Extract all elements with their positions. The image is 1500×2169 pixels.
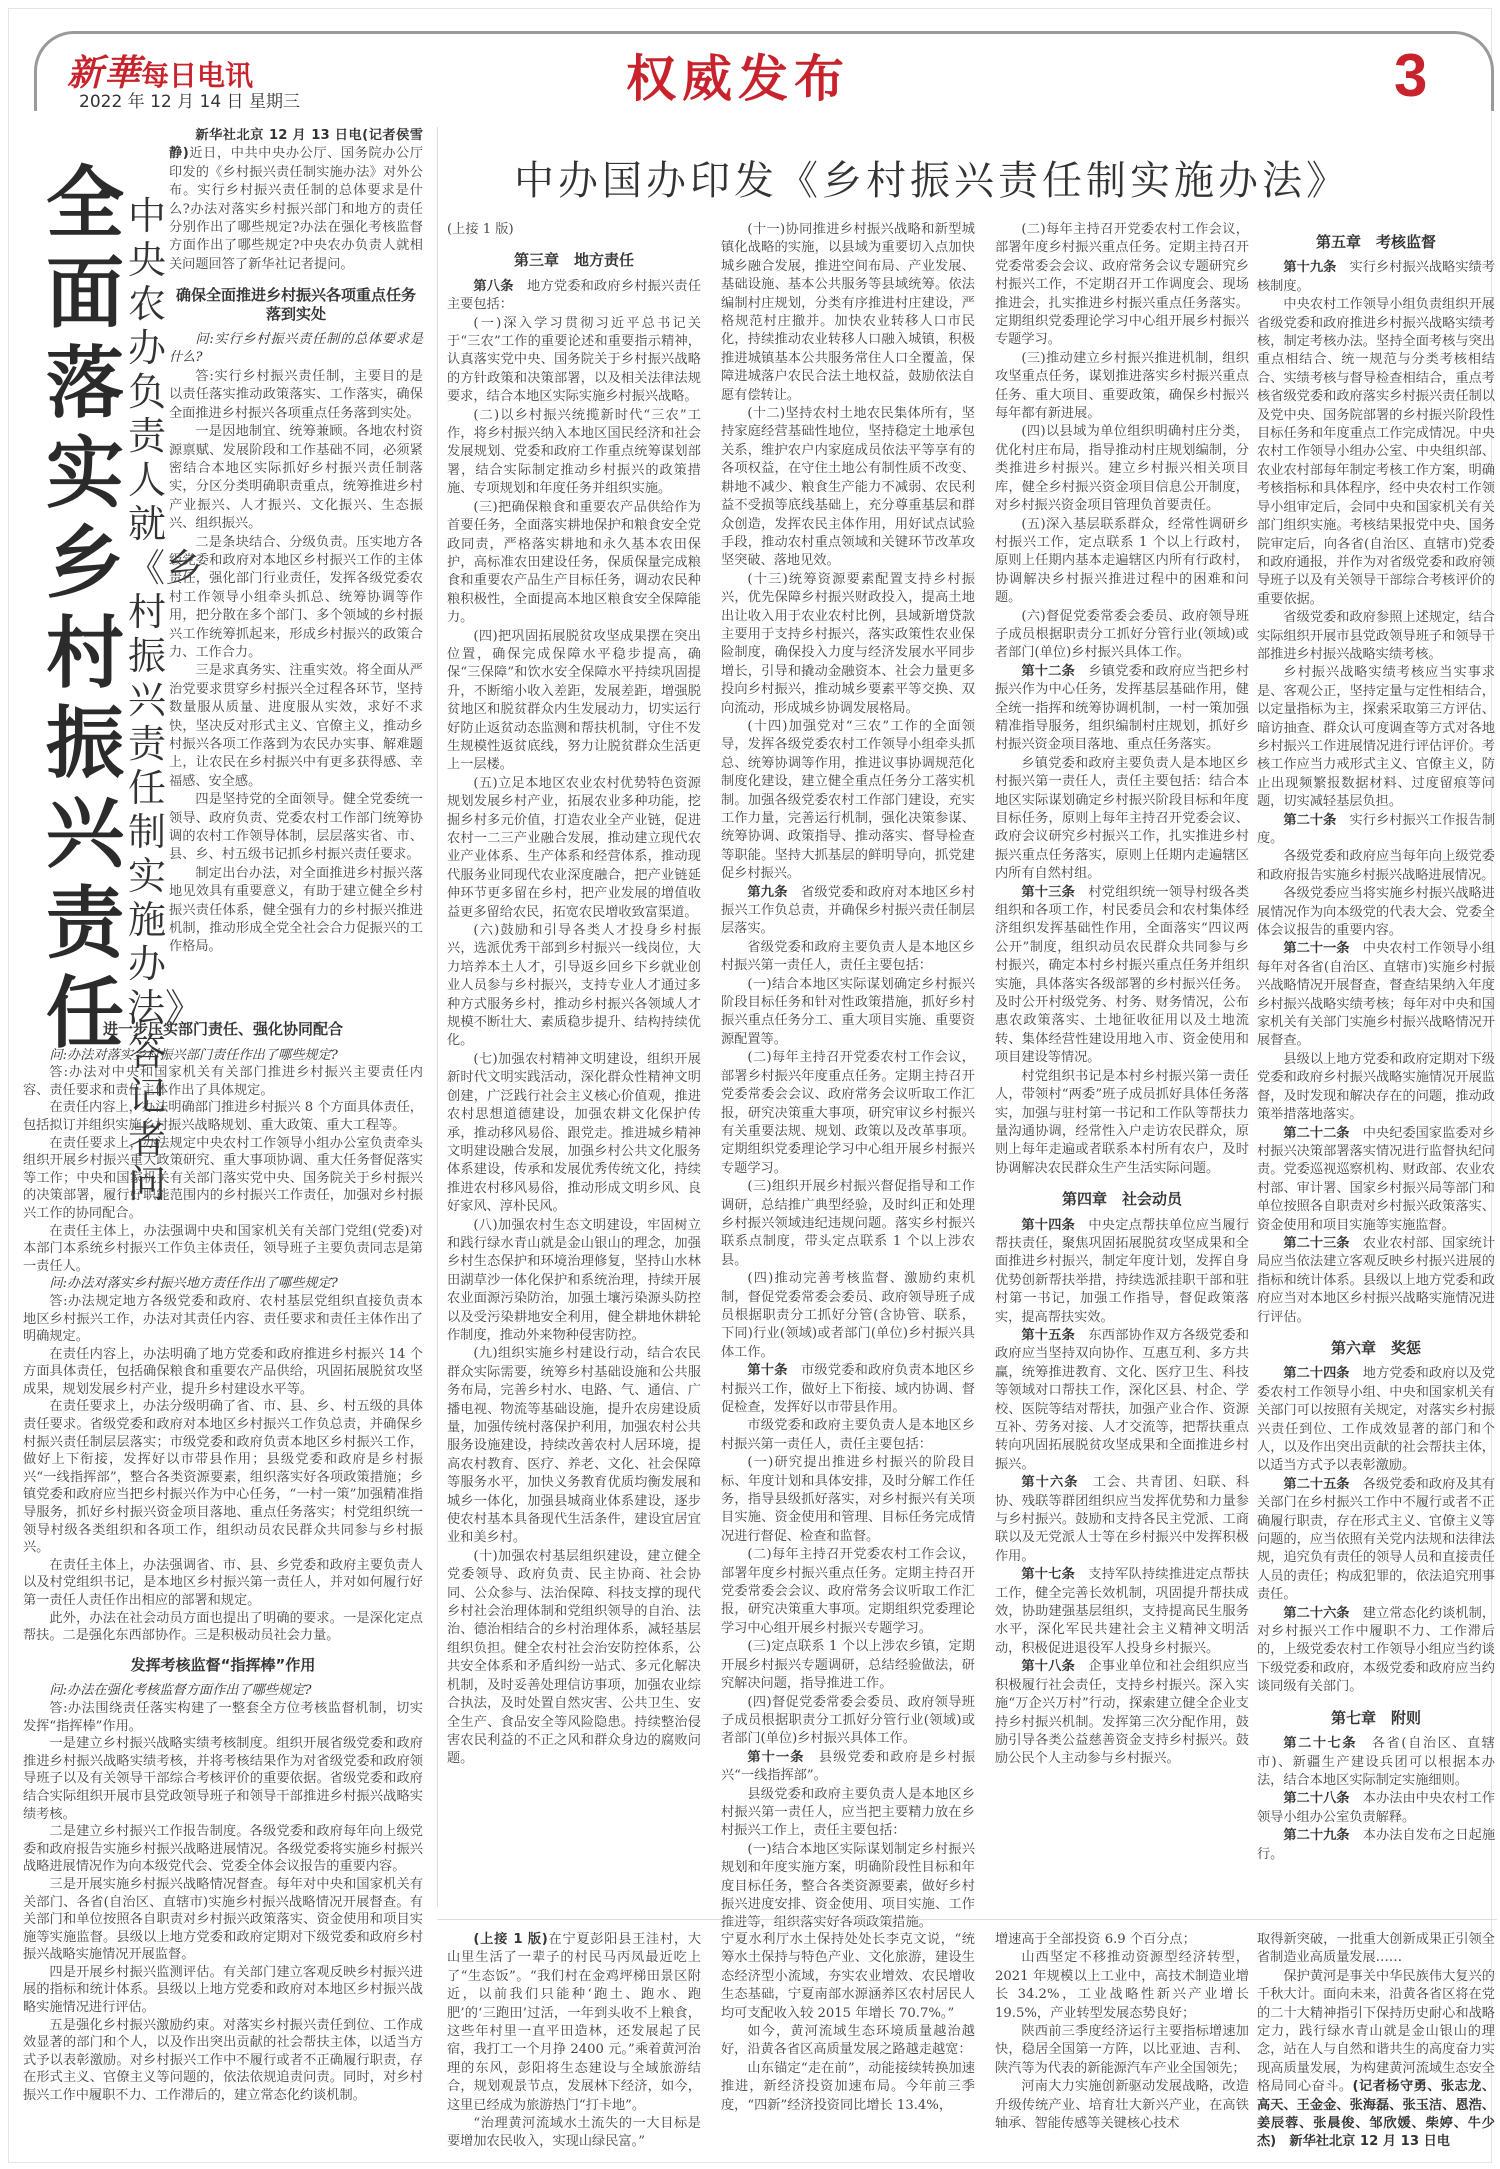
interview-body-column: 进一步压实部门责任、强化协同配合 问:办法对落实乡村振兴部门责任作出了哪些规定?… [23,1009,423,2105]
paragraph: 增速高于全部投资 6.9 个百分点； [995,1931,1249,1949]
regulation-column-3: (二)每年主持召开党委农村工作会议，部署年度乡村振兴重点任务。定期主持召开党委常… [995,221,1249,1769]
article-item: (四)推动完善考核监督、激励约束机制，督促党委常委会委员、政府领导班子成员根据职… [721,1270,975,1362]
paragraph: 河南大力实施创新驱动发展战略，改造升级传统产业、培育壮大新兴产业，在高铁轴承、智… [995,2078,1249,2133]
answer-1: 答:实行乡村振兴责任制，主要目的是以责任落实推动政策落实、工作落实，确保全面推进… [169,368,423,423]
article-21: 第二十一条 中央农村工作领导小组每年对各省(自治区、直辖市)实施乡村振兴战略情况… [1257,940,1495,1050]
paragraph: 乡镇党委和政府主要负责人是本地区乡村振兴第一责任人，责任主要包括：结合本地区实际… [995,755,1249,884]
article-item: (八)加强农村生态文明建设，牢固树立和践行绿水青山就是金山银山的理念，加强乡村生… [447,1217,701,1346]
article-item: (六)督促党委常委会委员、政府领导班子成员根据职责分工抓好分管行业(领域)或者部… [995,608,1249,663]
regulation-column-1: (上接 1 版) 第三章 地方责任 第八条 地方党委和政府乡村振兴责任主要包括：… [447,221,701,1769]
answer-2: 答:办法对中央和国家机关有关部门推进乡村振兴主要责任内容、责任要求和责任主体作出… [23,1064,423,1099]
article-item: (四)督促党委常委会委员、政府领导班子成员根据职责分工抓好分管行业(领域)或者部… [721,1694,975,1749]
chapter-7-heading: 第七章 附则 [1257,1709,1495,1727]
paragraph: 四是坚持党的全面领导。健全党委统一领导、政府负责、党委农村工作部门统筹协调的农村… [169,791,423,865]
section-title: 权威发布 [626,39,850,111]
article-18: 第十八条 企事业单位和社会组织应当积极履行社会责任，支持乡村振兴。深入实施“万企… [995,1658,1249,1768]
article-16: 第十六条 工会、共青团、妇联、科协、残联等群团组织应当发挥优势和力量参与乡村振兴… [995,1474,1249,1566]
paragraph: 各级党委和政府应当每年向上级党委和政府报告实施乡村振兴战略进展情况。 [1257,848,1495,885]
answer-4: 答:办法围绕责任落实构建了一整套全方位考核监督机制，切实发挥“指挥棒”作用。 [23,1700,423,1735]
article-12: 第十二条 乡镇党委和政府应当把乡村振兴作为中心任务，发挥基层基础作用，健全统一指… [995,663,1249,755]
paragraph: 二是条块结合、分级负责。压实地方各级党委和政府对本地区乡村振兴工作的主体责任，强… [169,534,423,663]
section-heading-2: 进一步压实部门责任、强化协同配合 [23,1021,423,1039]
paragraph: 县级党委和政府主要负责人是本地区乡村振兴第一责任人，应当把主要精力放在乡村振兴工… [721,1786,975,1841]
paragraph: 省级党委和政府参照上述规定，结合实际组织开展市县党政领导班子和领导干部推进乡村振… [1257,609,1495,664]
continued-marker: (上接 1 版) [447,221,701,239]
paragraph: 三是求真务实、注重实效。将全面从严治党要求贯穿乡村振兴全过程各环节，坚持数量服从… [169,662,423,791]
question-2: 问:办法对落实乡村振兴部门责任作出了哪些规定? [23,1047,423,1065]
paragraph: 四是开展乡村振兴监测评估。有关部门建立客观反映乡村振兴进展的指标和统计体系。县级… [23,1964,423,2017]
page-number: 3 [1394,41,1427,110]
article-item: (十三)统筹资源要素配置支持乡村振兴，优先保障乡村振兴财政投入，提高土地出让收入… [721,571,975,718]
paragraph: 在责任内容上，办法明确了地方党委和政府推进乡村振兴 14 个方面具体责任，包括确… [23,1346,423,1399]
article-26: 第二十六条 建立常态化约谈机制，对乡村振兴工作中履职不力、工作滞后的，上级党委农… [1257,1605,1495,1697]
chapter-4-heading: 第四章 社会动员 [995,1190,1249,1208]
paragraph: 山东锚定“走在前”，动能接续转换加速推进，新经济投资加速布局。今年前三季度，“四… [721,2060,975,2115]
yellow-river-column-3: 增速高于全部投资 6.9 个百分点； 山西坚定不移推动资源型经济转型，2021 … [995,1931,1249,2133]
paragraph: 五是强化乡村振兴激励约束。对落实乡村振兴责任到位、工作成效显著的部门和个人，以及… [23,2017,423,2105]
paragraph: 一是建立乡村振兴战略实绩考核制度。组织开展省级党委和政府推进乡村振兴战略实绩考核… [23,1735,423,1823]
article-item: (三)定点联系 1 个以上涉农乡镇，定期开展乡村振兴专题调研，总结经验做法，研究… [721,1638,975,1693]
paragraph: 取得新突破，一批重大创新成果正引领全省制造业高质量发展…… [1257,1931,1495,1968]
yellow-river-column-2: 宁夏水利厅水土保持处处长李克文说，“统筹水土保持与特色产业、文化旅游，建设生态经… [721,1931,975,2115]
section-heading-3: 发挥考核监督“指挥棒”作用 [23,1657,423,1675]
article-item: (五)立足本地区农业农村优势特色资源规划发展乡村产业，拓展农业多种功能，挖掘乡村… [447,775,701,922]
article-15: 第十五条 东西部协作双方各级党委和政府应当坚持双向协作、互惠互利、多方共赢，统筹… [995,1327,1249,1474]
article-item: (九)组织实施乡村建设行动，结合农民群众实际需要，统筹乡村基础设施和公共服务布局… [447,1345,701,1547]
section-heading-1: 确保全面推进乡村振兴各项重点任务落到实处 [169,286,423,323]
paragraph: 在责任要求上，办法分级明确了省、市、县、乡、村五级的具体责任要求。省级党委和政府… [23,1398,423,1556]
article-item: (三)组织开展乡村振兴督促指导和工作调研，总结推广典型经验，及时纠正和处理乡村振… [721,1178,975,1270]
yellow-river-column-4: 取得新突破，一批重大创新成果正引领全省制造业高质量发展…… 保护黄河是事关中华民… [1257,1931,1495,2152]
interview-big-title: 全面落实乡村振兴责任 [43,159,127,1059]
article-17: 第十七条 支持军队持续推进定点帮扶工作，健全完善长效机制，巩固提升帮扶成效，协助… [995,1566,1249,1658]
article-item: (十二)坚持农村土地农民集体所有，坚持家庭经营基础性地位，坚持稳定土地承包关系，… [721,405,975,571]
paragraph: 在责任主体上，办法强调中央和国家机关有关部门党组(党委)对本部门本系统乡村振兴工… [23,1223,423,1276]
article-10: 第十条 市级党委和政府负责本地区乡村振兴工作，做好上下衔接、域内协调、督促检查，… [721,1362,975,1417]
article-29: 第二十九条 本办法自发布之日起施行。 [1257,1827,1495,1864]
article-28: 第二十八条 本办法由中央农村工作领导小组办公室负责解释。 [1257,1790,1495,1827]
article-item: (四)把巩固拓展脱贫攻坚成果摆在突出位置，确保完成保障水平稳步提高，确保“三保障… [447,628,701,775]
article-27: 第二十七条 各省(自治区、直辖市)、新疆生产建设兵团可以根据本办法，结合本地区实… [1257,1735,1495,1790]
chapter-5-heading: 第五章 考核监督 [1257,233,1495,251]
article-19: 第十九条 实行乡村振兴战略实绩考核制度。 [1257,259,1495,296]
article-item: (十四)加强党对“三农”工作的全面领导，发挥各级党委农村工作领导小组牵头抓总、统… [721,718,975,884]
regulation-headline: 中办国办印发《乡村振兴责任制实施办法》 [514,149,1350,206]
interview-lead-column: 新华社北京 12 月 13 日电(记者侯雪静)近日，中共中央办公厅、国务院办公厅… [169,127,423,957]
article-13: 第十三条 村党组织统一领导村级各类组织和各项工作，村民委员会和农村集体经济组织发… [995,884,1249,1068]
column-divider [437,127,438,1907]
answer-3: 答:办法规定地方各级党委和政府、农村基层党组织直接负责本地区乡村振兴工作，办法对… [23,1293,423,1346]
paragraph: 各级党委应当将实施乡村振兴战略进展情况作为向本级党的代表大会、党委全体会议报告的… [1257,885,1495,940]
paragraph: “治理黄河流域水土流失的一大目标是要增加农民收入，实现山绿民富。” [447,2115,701,2152]
article-item: (十)加强农村基层组织建设，建立健全党委领导、政府负责、民主协商、社会协同、公众… [447,1548,701,1769]
article-23: 第二十三条 农业农村部、国家统计局应当依法建立客观反映乡村振兴进展的指标和统计体… [1257,1235,1495,1327]
article-14: 第十四条 中央定点帮扶单位应当履行帮扶责任，聚焦巩固拓展脱贫攻坚成果和全面推进乡… [995,1217,1249,1327]
article-item: (十一)协同推进乡村振兴战略和新型城镇化战略的实施，以县域为重要切入点加快城乡融… [721,221,975,405]
paragraph: 在责任内容上，办法明确部门推进乡村振兴 8 个方面具体责任，包括拟订并组织实施乡… [23,1099,423,1134]
paragraph: 市级党委和政府主要负责人是本地区乡村振兴第一责任人，责任主要包括： [721,1417,975,1454]
paragraph: 省级党委和政府主要负责人是本地区乡村振兴第一责任人，责任主要包括： [721,939,975,976]
article-24: 第二十四条 地方党委和政府以及党委农村工作领导小组、中央和国家机关有关部门可以按… [1257,1365,1495,1475]
regulation-column-2: (十一)协同推进乡村振兴战略和新型城镇化战略的实施，以县域为重要切入点加快城乡融… [721,221,975,1933]
paragraph: 宁夏水利厅水土保持处处长李克文说，“统筹水土保持与特色产业、文化旅游，建设生态经… [721,1931,975,2023]
chapter-3-heading: 第三章 地方责任 [447,251,701,269]
article-item: (一)深入学习贯彻习近平总书记关于“三农”工作的重要论述和重要指示精神，认真落实… [447,315,701,407]
issue-date: 2022 年 12 月 14 日 星期三 [79,87,300,112]
paragraph: 中央农村工作领导小组负责组织开展省级党委和政府推进乡村振兴战略实绩考核，制定考核… [1257,296,1495,609]
interview-lead: 新华社北京 12 月 13 日电(记者侯雪静)近日，中共中央办公厅、国务院办公厅… [169,127,423,274]
article-item: (二)每年主持召开党委农村工作会议，部署年度乡村振兴重点任务。定期主持召开党委常… [995,221,1249,350]
article-11: 第十一条 县级党委和政府是乡村振兴“一线指挥部”。 [721,1749,975,1786]
paragraph: 村党组织书记是本村乡村振兴第一责任人，带领村“两委”班子成员抓好具体任务落实，加… [995,1068,1249,1178]
paragraph: 制定出台办法，对全面推进乡村振兴落地见效具有重要意义，有助于建立健全乡村振兴责任… [169,865,423,957]
paragraph: 陕西前三季度经济运行主要指标增速加快，稳居全国第一方阵，以比亚迪、吉利、陕汽等为… [995,2023,1249,2078]
paragraph: 二是建立乡村振兴工作报告制度。各级党委和政府每年向上级党委和政府报告实施乡村振兴… [23,1823,423,1876]
article-item: (二)每年主持召开党委农村工作会议，部署年度乡村振兴重点任务。定期主持召开党委常… [721,1546,975,1638]
article-9: 第九条 省级党委和政府对本地区乡村振兴工作负总责，并确保乡村振兴责任制层层落实。 [721,884,975,939]
article-item: (二)以乡村振兴统揽新时代“三农”工作，将乡村振兴纳入本地区国民经济和社会发展规… [447,407,701,499]
paragraph: 乡村振兴战略实绩考核应当实事求是、客观公正，坚持定量与定性相结合，以定量指标为主… [1257,664,1495,811]
paragraph: (上接 1 版)在宁夏彭阳县王洼村，大山里生活了一辈子的村民马丙凤最近吃上了“生… [447,1931,701,2115]
paragraph: 在责任主体上，办法强调省、市、县、乡党委和政府主要负责人以及村党组织书记，是本地… [23,1557,423,1610]
paragraph: 三是开展实施乡村振兴战略情况督查。每年对中央和国家机关有关部门、各省(自治区、直… [23,1876,423,1964]
question-1: 问:实行乡村振兴责任制的总体要求是什么? [169,331,423,368]
article-item: (三)把确保粮食和重要农产品供给作为首要任务，全面落实耕地保护和粮食安全党政同责… [447,499,701,628]
article-item: (五)深入基层联系群众，经常性调研乡村振兴工作，定点联系 1 个以上行政村，原则… [995,516,1249,608]
question-4: 问:办法在强化考核监督方面作出了哪些规定? [23,1682,423,1700]
article-8: 第八条 地方党委和政府乡村振兴责任主要包括： [447,278,701,315]
regulation-column-4: 第五章 考核监督 第十九条 实行乡村振兴战略实绩考核制度。 中央农村工作领导小组… [1257,221,1495,1864]
paragraph: 如今，黄河流域生态环境质量越治越好，沿黄各省区高质量发展之路越走越宽： [721,2023,975,2060]
paragraph: 山西坚定不移推动资源型经济转型，2021 年规模以上工业中，高技术制造业增长 3… [995,1949,1249,2023]
section-divider [437,1919,1497,1920]
article-item: (六)鼓励和引导各类人才投身乡村振兴，选派优秀干部到乡村振兴一线岗位，大力培养本… [447,922,701,1051]
article-item: (一)结合本地区实际谋划确定乡村振兴阶段目标任务和针对性政策措施，抓好乡村振兴重… [721,976,975,1050]
paragraph: 在责任要求上，办法规定中央农村工作领导小组办公室负责牵头组织开展乡村振兴重大政策… [23,1135,423,1223]
paragraph: 此外，办法在社会动员方面也提出了明确的要求。一是深化定点帮扶。二是强化东西部协作… [23,1610,423,1645]
paragraph: 一是因地制宜、统筹兼顾。各地农村资源禀赋、发展阶段和工作基础不同，必须紧密结合本… [169,423,423,533]
article-item: (四)以县域为单位组织明确村庄分类，优化村庄布局，指导推动村庄规划编制，分类推进… [995,423,1249,515]
question-3: 问:办法对落实乡村振兴地方责任作出了哪些规定? [23,1275,423,1293]
newspaper-page: 新華每日电讯 2022 年 12 月 14 日 星期三 权威发布 3 全面落实乡… [8,8,1492,2163]
chapter-6-heading: 第六章 奖惩 [1257,1339,1495,1357]
article-item: (一)研究提出推进乡村振兴的阶段目标、年度计划和具体安排，及时分解工作任务，指导… [721,1454,975,1546]
article-item: (七)加强农村精神文明建设，组织开展新时代文明实践活动，深化群众性精神文明创建，… [447,1051,701,1217]
article-item: (三)推动建立乡村振兴推进机制，组织攻坚重点任务，谋划推进落实乡村振兴重点任务、… [995,350,1249,424]
dateline: 新华社北京 12 月 13 日电 [1289,2134,1450,2149]
article-item: (二)每年主持召开党委农村工作会议，部署乡村振兴年度重点任务。定期主持召开党委常… [721,1049,975,1178]
paragraph: 保护黄河是事关中华民族伟大复兴的千秋大计。面向未来，沿黄各省区将在党的二十大精神… [1257,1968,1495,2152]
yellow-river-column-1: (上接 1 版)在宁夏彭阳县王洼村，大山里生活了一辈子的村民马丙凤最近吃上了“生… [447,1931,701,2152]
paragraph: 县级以上地方党委和政府定期对下级党委和政府乡村振兴战略实施情况开展监督，及时发现… [1257,1051,1495,1125]
article-25: 第二十五条 各级党委和政府及其有关部门在乡村振兴工作中不履行或者不正确履行职责，… [1257,1476,1495,1605]
article-20: 第二十条 实行乡村振兴工作报告制度。 [1257,812,1495,849]
article-22: 第二十二条 中央纪委国家监委对乡村振兴决策部署落实情况进行监督执纪问责。党委巡视… [1257,1125,1495,1235]
